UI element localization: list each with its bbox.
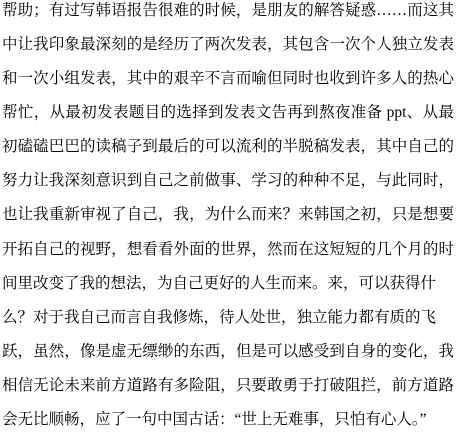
text-line-5: 初磕磕巴巴的读稿子到最后的可以流利的半脱稿发表，其中自己的 [2,130,454,164]
text-line-9: 间里改变了我的想法，为自己更好的人生而来。来，可以获得什 [2,267,454,301]
text-line-10: 么？对于我自己而言自我修炼，待人处世，独立能力都有质的飞 [2,301,454,335]
text-line-1: 帮助；有过写韩语报告很难的时候，是朋友的解答疑惑……而这其 [2,0,454,28]
text-line-4: 帮忙，从最初发表题目的选择到发表文告再到熬夜准备 ppt、从最 [2,96,454,130]
text-line-11: 跃，虽然，像是虚无缥缈的东西，但是可以感受到自身的变化，我 [2,335,454,369]
text-line-2: 中让我印象最深刻的是经历了两次发表，其包含一次个人独立发表 [2,28,454,62]
text-line-3: 和一次小组发表，其中的艰辛不言而喻但同时也收到许多人的热心 [2,62,454,96]
text-line-7: 也让我重新审视了自己，我，为什么而来？来韩国之初，只是想要 [2,198,454,232]
text-line-8: 开拓自己的视野，想看看外面的世界，然而在这短短的几个月的时 [2,233,454,267]
document-page: 帮助；有过写韩语报告很难的时候，是朋友的解答疑惑……而这其 中让我印象最深刻的是… [0,0,456,443]
text-line-6: 努力让我深刻意识到自己之前做事、学习的种种不足，与此同时， [2,164,454,198]
text-line-13: 会无比顺畅，应了一句中国古话：“世上无难事，只怕有心人。” [2,403,454,437]
text-line-12: 相信无论未来前方道路有多险阻，只要敢勇于打破阻拦，前方道路 [2,369,454,403]
